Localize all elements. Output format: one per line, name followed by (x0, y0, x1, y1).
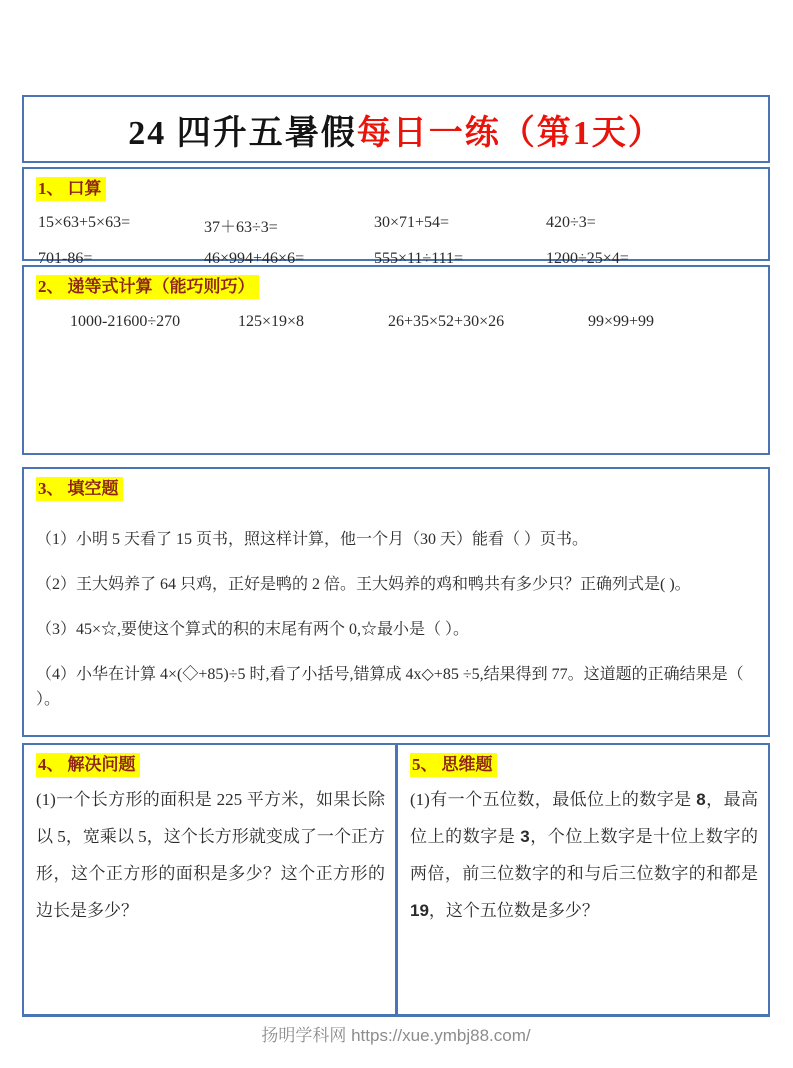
thinking-problem-text: (1)有一个五位数，最低位上的数字是 8，最高位上的数字是 3，个位上数字是十位… (410, 781, 758, 929)
math-expression: 555×11÷111= (374, 250, 546, 268)
section-solve-header: 4、解决问题 (36, 753, 140, 777)
title-text-black: 24 四升五暑假 (128, 115, 357, 152)
section-oral-header: 1、口算 (36, 177, 106, 201)
math-expression: 420÷3= (546, 214, 756, 237)
section-label: 思维题 (442, 755, 493, 774)
section-number: 5、 (412, 755, 438, 774)
oral-row-1: 15×63+5×63= 37＋63÷3= 30×71+54= 420÷3= (36, 214, 756, 237)
section-label: 递等式计算（能巧则巧） (68, 277, 255, 296)
solve-problem-text: (1)一个长方形的面积是 225 平方米，如果长除以 5，宽乘以 5，这个长方形… (36, 781, 385, 929)
section-stepwise-header: 2、递等式计算（能巧则巧） (36, 275, 259, 299)
section-stepwise-calc: 2、递等式计算（能巧则巧） 1000-21600÷270 125×19×8 26… (22, 265, 770, 455)
section-fill-header: 3、填空题 (36, 477, 123, 501)
section-number: 1、 (38, 179, 64, 198)
section-thinking: 5、思维题 (1)有一个五位数，最低位上的数字是 8，最高位上的数字是 3，个位… (398, 745, 768, 1014)
bold-number: 3 (520, 827, 529, 846)
text-segment: (1)有一个五位数，最低位上的数字是 (410, 790, 696, 809)
math-expression: 1000-21600÷270 (70, 313, 238, 331)
fill-item-4: （4）小华在计算 4×(◇+85)÷5 时,看了小括号,错算成 4x◇+85 ÷… (36, 662, 756, 712)
math-expression: 46×994+46×6= (204, 250, 374, 268)
section-label: 口算 (68, 179, 102, 198)
math-expression: 26+35×52+30×26 (388, 313, 588, 331)
math-expression: 37＋63÷3= (204, 214, 374, 237)
math-expression: 701-86= (38, 250, 204, 268)
title-text-red: 每日一练（第1天） (357, 115, 664, 152)
stepwise-problems: 1000-21600÷270 125×19×8 26+35×52+30×26 9… (36, 313, 756, 331)
footer: 扬明学科网 https://xue.ymbj88.com/ (22, 1021, 770, 1046)
math-expression: 125×19×8 (238, 313, 388, 331)
bold-number: 8 (696, 790, 705, 809)
text-segment: ，这个五位数是多少？ (429, 901, 599, 920)
section-label: 填空题 (68, 479, 119, 498)
oral-row-2: 701-86= 46×994+46×6= 555×11÷111= 1200÷25… (36, 250, 756, 268)
math-expression: 1200÷25×4= (546, 250, 756, 268)
fill-item-1: （1）小明 5 天看了 15 页书，照这样计算，他一个月（30 天）能看（ ）页… (36, 527, 756, 552)
section-number: 3、 (38, 479, 64, 498)
math-expression: 99×99+99 (588, 313, 756, 331)
bottom-sections: 4、解决问题 (1)一个长方形的面积是 225 平方米，如果长除以 5，宽乘以 … (22, 743, 770, 1017)
footer-site-url: 扬明学科网 https://xue.ymbj88.com/ (261, 1026, 530, 1045)
bold-number: 19 (410, 901, 429, 920)
section-label: 解决问题 (68, 755, 136, 774)
section-fill-blanks: 3、填空题 （1）小明 5 天看了 15 页书，照这样计算，他一个月（30 天）… (22, 467, 770, 737)
page-title: 24 四升五暑假每日一练（第1天） (128, 105, 664, 154)
math-expression: 30×71+54= (374, 214, 546, 237)
section-thinking-header: 5、思维题 (410, 753, 497, 777)
worksheet-page: 24 四升五暑假每日一练（第1天） 1、口算 15×63+5×63= 37＋63… (22, 95, 770, 1046)
fill-item-2: （2）王大妈养了 64 只鸡，正好是鸭的 2 倍。王大妈养的鸡和鸭共有多少只？正… (36, 572, 756, 597)
section-solve-problems: 4、解决问题 (1)一个长方形的面积是 225 平方米，如果长除以 5，宽乘以 … (24, 745, 398, 1014)
section-oral-calc: 1、口算 15×63+5×63= 37＋63÷3= 30×71+54= 420÷… (22, 167, 770, 261)
section-number: 4、 (38, 755, 64, 774)
fill-item-3: （3）45×☆,要使这个算式的积的末尾有两个 0,☆最小是（ ）。 (36, 617, 756, 642)
title-box: 24 四升五暑假每日一练（第1天） (22, 95, 770, 163)
math-expression: 15×63+5×63= (38, 214, 204, 237)
section-number: 2、 (38, 277, 64, 296)
